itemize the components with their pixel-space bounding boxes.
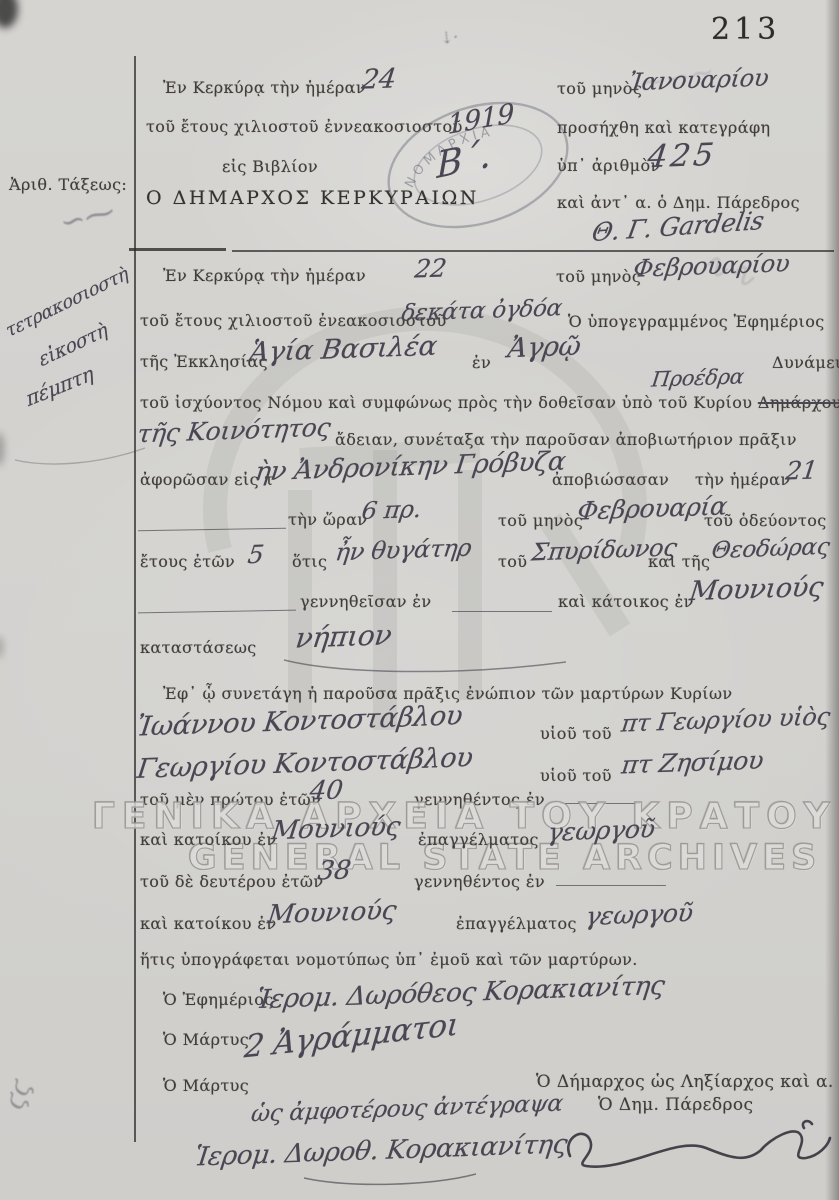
reg-book-label: εἰς Βιβλίον [222,157,318,176]
death-register-page: ~∽~ ∿∿ ∽⁓ ϛϛ ⇣· 213 Ἀριθ. Τάξεως: τετρακ… [0,0,839,1200]
act-month2-label: τοῦ μηνὸς [498,511,583,530]
act-law-line: τοῦ ἰσχύοντος Νόμου καὶ συμφώνως πρὸς τὴ… [140,393,839,412]
status-flourish [280,652,570,678]
residence-value-1: Μουνιούς [270,812,402,846]
blank-line [452,610,552,612]
edge-smudge-2 [0,636,3,658]
page-edge-shadow [825,0,839,1200]
act-month-label: τοῦ μηνὸς [556,267,641,286]
resident-label-1: καὶ κατοίκου ἐν [140,830,276,849]
margin-flourish: ∽⁓ [57,194,118,241]
margin-note-line2: εἰκοστὴ [36,319,110,372]
witness2-name: Γεωργίου Κοντοστάβλου [135,742,474,785]
act-death-day-value: 21 [784,455,819,485]
witness2-son-of-label: υἱοῦ τοῦ [540,766,612,785]
witness1-father: πτ Γεωργίου υἱὸς [620,702,832,737]
act-residence-value: Μουνιούς [688,572,825,608]
act-by-virtue: Δυνάμει [772,353,839,372]
act-and-of-label: καὶ τῆς [648,552,710,571]
act-mother-value: Θεοδώρας [710,534,831,564]
signature-flourish [300,1168,480,1190]
act-who-label: ὅτις [292,552,327,571]
reg-day-value: 24 [360,63,398,95]
born-label-2: γεννηθέντος ἐν [414,872,545,891]
witness-label-2: Ὁ Μάρτυς [163,1076,249,1095]
witness1-son-of-label: υἱοῦ τοῦ [540,724,612,743]
edge-scribble: ϛϛ [0,1076,37,1113]
act-of-the-label: τοῦ [498,552,527,571]
act-hour-label: τὴν ὥραν [288,510,367,529]
act-hour-value: 6 πρ. [360,495,423,525]
act-age-label: ἔτους ἐτῶν [140,552,235,571]
margin-note-line3: πέμπτη [24,361,96,411]
act-church-place: Ἀγρῷ [506,331,583,365]
act-born-in-label: γεννηθεῖσαν ἐν [300,592,432,611]
mayor-title: Ο ΔΗΜΑΡΧΟΣ ΚΕΡΚΥΡΑΙΩΝ [146,187,479,209]
act-mayor-struck: Δημάρχου [758,393,839,412]
act-month-value: Φεβρουαρίου [632,249,791,282]
priest-signature-2: Ἱερομ. Δωροθ. Κορακιανίτης [193,1130,569,1173]
top-tick-mark: ⇣· [439,27,459,48]
resident-label-2: καὶ κατοίκου ἐν [140,914,276,933]
order-number-label: Ἀριθ. Τάξεως: [9,175,127,194]
reg-month-value: Ἰανουαρίου [628,64,770,97]
witness-signature: 2 Ἀγράμματοι [243,1006,461,1065]
margin-underflourish [10,440,150,470]
mayor-registrar-line: Ὁ Δήμαρχος ὡς Ληξίαρχος καὶ α. α. [536,1072,839,1092]
reg-year-label: τοῦ ἔτους χιλιοστοῦ ἐννεακοσιοστοῦ [146,117,463,136]
reg-deputy-signature: Θ. Γ. Gardelis [590,206,767,247]
reg-registered-label: προσήχθη καὶ κατεγράφη [557,118,771,137]
act-current-label: τοῦ ὁδεύοντος [704,511,827,530]
act-status-value: νήπιον [294,618,394,654]
act-status-label: καταστάσεως [140,638,257,657]
act-daughter-value: ἦν θυγάτηρ [334,534,473,567]
paredros-signature [556,1108,836,1183]
corner-smudge [0,0,18,28]
act-day-of-death-label: τὴν ἡμέραν [695,470,790,489]
second-age-value: 38 [316,855,352,886]
priest-signature: Ἱερομ. Δωρόθεος Κορακιανίτης [255,971,666,1015]
margin-vertical-rule [134,56,136,1142]
residence-value-2: Μουνιούς [266,896,398,930]
act-in-label: ἐν [472,353,491,372]
on-behalf-note: ὡς ἀμφοτέρους ἀντέγραψα [250,1091,565,1128]
header-rule-left [129,248,226,251]
second-age-label: τοῦ δὲ δευτέρου ἐτῶν [140,872,323,891]
edge-smudge [0,432,4,466]
occupation-value-1: γεωργοῦ [546,814,657,847]
reg-number-value: 425 [646,137,719,175]
witness2-father: πτ Ζησίμου [620,746,765,780]
occupation-label-2: ἐπαγγέλματος [456,914,577,933]
act-undersigned: Ὁ ὑπογεγραμμένος Ἐφημέριος [568,312,825,331]
act-law-text: τοῦ ἰσχύοντος Νόμου καὶ συμφώνως πρὸς τὴ… [140,393,752,412]
occupation-value-2: γεωργοῦ [584,898,695,931]
closing-line: ἥτις ὑπογράφεται νομοτύπως ὑπ᾽ ἐμοῦ καὶ … [140,950,638,969]
act-day-value: 22 [413,253,448,283]
act-died-label: ἀποβιώσασαν [552,470,669,489]
witness-label-1: Ὁ Μάρτυς [163,1030,249,1049]
margin-note-line1: τετρακοσιοστὴ [4,263,131,342]
act-place-day-label: Ἐν Κερκύρᾳ τὴν ἡμέραν [163,266,366,285]
reg-place-day-label: Ἐν Κερκύρᾳ τὴν ἡμέραν [163,78,366,97]
blank-line [556,884,666,886]
act-resident-label: καὶ κάτοικος ἐν [558,592,694,611]
page-number: 213 [711,12,780,47]
act-proedrou-note: Προέδρα [650,364,745,391]
occupation-label-1: ἐπαγγέλματος [418,830,539,849]
act-age-value: 5 [246,540,265,570]
